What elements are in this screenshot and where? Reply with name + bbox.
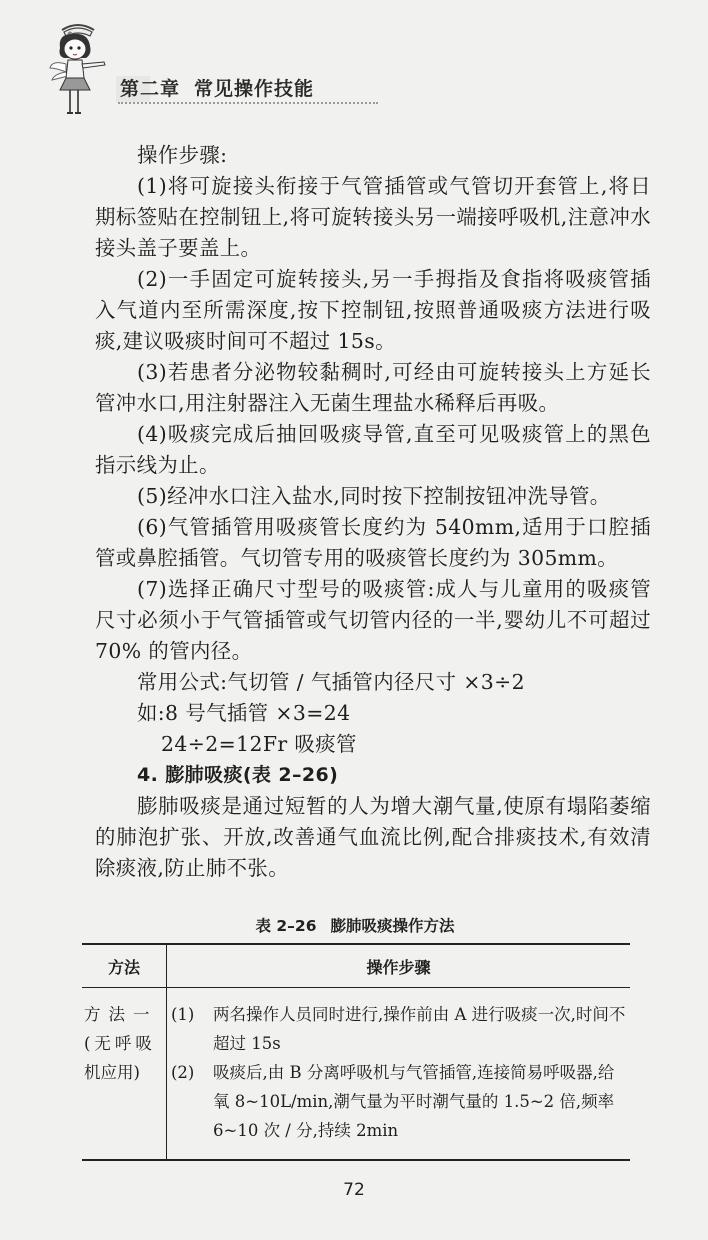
formula-example-2: 24÷2=12Fr 吸痰管: [95, 729, 651, 760]
table-step: (1) 两名操作人员同时进行,操作前由 A 进行吸痰一次,时间不超过 15s: [171, 1000, 630, 1058]
header-method: 方法: [82, 944, 167, 988]
formula-example-1: 如:8 号气插管 ×3=24: [95, 698, 651, 729]
chapter-name: 常见操作技能: [194, 78, 314, 100]
subsection-heading: 4. 膨肺吸痰(表 2–26): [95, 760, 651, 791]
formula: 常用公式:气切管 / 气插管内径尺寸 ×3÷2: [95, 667, 651, 698]
table-row: 方法一 (无呼吸 机应用) (1) 两名操作人员同时进行,操作前由 A 进行吸痰…: [82, 988, 630, 1161]
method-line: 机应用): [84, 1058, 164, 1087]
method-line: (无呼吸: [84, 1029, 164, 1058]
header-rule: [118, 102, 378, 104]
step-text: 吸痰后,由 B 分离呼吸机与气管插管,连接简易呼吸器,给氧 8~10L/min,…: [213, 1058, 630, 1145]
step-6: (6)气管插管用吸痰管长度约为 540mm,适用于口腔插管或鼻腔插管。气切管专用…: [95, 512, 651, 574]
table-step: (2) 吸痰后,由 B 分离呼吸机与气管插管,连接简易呼吸器,给氧 8~10L/…: [171, 1058, 630, 1145]
step-3: (3)若患者分泌物较黏稠时,可经由可旋转接头上方延长管冲水口,用注射器注入无菌生…: [95, 357, 651, 419]
nurse-mascot-icon: [48, 18, 110, 118]
table-title: 膨肺吸痰操作方法: [331, 917, 455, 935]
step-number: (1): [171, 1000, 213, 1058]
step-5: (5)经冲水口注入盐水,同时按下控制按钮冲洗导管。: [95, 481, 651, 512]
page-header: 第二章常见操作技能: [48, 18, 648, 118]
step-7: (7)选择正确尺寸型号的吸痰管:成人与儿童用的吸痰管尺寸必须小于气管插管或气切管…: [95, 574, 651, 667]
method-line: 方法一: [84, 1000, 164, 1029]
table-caption: 表 2–26膨肺吸痰操作方法: [80, 914, 630, 936]
book-page: 第二章常见操作技能 操作步骤: (1)将可旋接头衔接于气管插管或气管切开套管上,…: [0, 0, 708, 1240]
step-4: (4)吸痰完成后抽回吸痰导管,直至可见吸痰管上的黑色指示线为止。: [95, 419, 651, 481]
page-number: 72: [0, 1180, 708, 1200]
procedure-table: 方法 操作步骤 方法一 (无呼吸 机应用) (1) 两名操作人员同时进行,操作前…: [82, 943, 630, 1161]
header-steps: 操作步骤: [167, 944, 631, 988]
step-number: (2): [171, 1058, 213, 1145]
chapter-number: 第二章: [120, 78, 180, 100]
method-cell: 方法一 (无呼吸 机应用): [82, 988, 167, 1161]
chapter-title: 第二章常见操作技能: [120, 74, 314, 101]
steps-cell: (1) 两名操作人员同时进行,操作前由 A 进行吸痰一次,时间不超过 15s (…: [167, 988, 631, 1161]
table-number: 表 2–26: [255, 917, 316, 935]
section-label: 操作步骤:: [95, 140, 651, 171]
step-1: (1)将可旋接头衔接于气管插管或气管切开套管上,将日期标签贴在控制钮上,将可旋转…: [95, 171, 651, 264]
body-text: 操作步骤: (1)将可旋接头衔接于气管插管或气管切开套管上,将日期标签贴在控制钮…: [95, 140, 651, 884]
step-2: (2)一手固定可旋转接头,另一手拇指及食指将吸痰管插入气道内至所需深度,按下控制…: [95, 264, 651, 357]
step-text: 两名操作人员同时进行,操作前由 A 进行吸痰一次,时间不超过 15s: [213, 1000, 630, 1058]
table-header-row: 方法 操作步骤: [82, 944, 630, 988]
subsection-paragraph: 膨肺吸痰是通过短暂的人为增大潮气量,使原有塌陷萎缩的肺泡扩张、开放,改善通气血流…: [95, 791, 651, 884]
